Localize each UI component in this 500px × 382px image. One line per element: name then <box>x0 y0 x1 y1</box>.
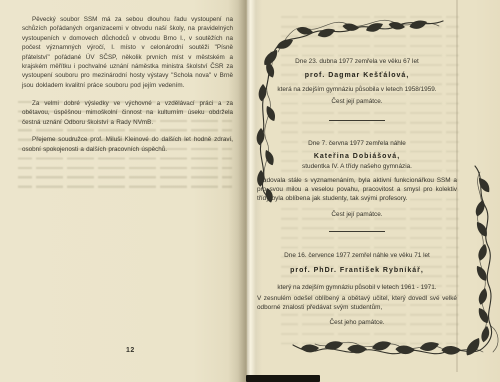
page-right: Dne 23. dubna 1977 zemřela ve věku 67 le… <box>247 0 500 382</box>
memorial-date: Dne 23. dubna 1977 zemřela ve věku 67 le… <box>257 58 457 66</box>
page-left: Pěvecký soubor SSM má za sebou dlouhou ř… <box>0 0 247 382</box>
page-number: 12 <box>126 347 135 354</box>
memorial-tribute: Čest jeho památce. <box>257 319 457 327</box>
paragraph: Pěvecký soubor SSM má za sebou dlouhou ř… <box>22 15 233 90</box>
paragraph: Přejeme soudružce prof. Miluši Kleinové … <box>22 135 233 154</box>
scan-artifact-bar <box>246 375 320 382</box>
memorial-tribute: Čest její památce. <box>257 98 457 106</box>
left-text-block: Pěvecký soubor SSM má za sebou dlouhou ř… <box>22 15 233 163</box>
memorial-detail: která na zdejším gymnáziu působila v let… <box>257 86 457 94</box>
memorial-name: prof. PhDr. František Rybníkář, <box>257 267 457 275</box>
memorial-name: prof. Dagmar Kešťálová, <box>257 72 457 80</box>
section-divider <box>329 120 385 121</box>
paragraph: Za velmi dobré výsledky ve výchovné a vz… <box>22 99 233 127</box>
memorial-date: Dne 7. června 1977 zemřela náhle <box>257 140 457 148</box>
memorial-entry-1: Dne 23. dubna 1977 zemřela ve věku 67 le… <box>257 58 457 106</box>
book-scan: Pěvecký soubor SSM má za sebou dlouhou ř… <box>0 0 500 382</box>
memorial-paragraph: Studovala stále s vyznamenáním, byla akt… <box>257 176 457 203</box>
memorial-entry-3: Dne 16. července 1977 zemřel náhle ve vě… <box>257 252 457 327</box>
section-divider <box>329 231 385 232</box>
memorial-paragraph: V zesnulém odešel oblíbený a obětavý uči… <box>257 294 457 312</box>
memorial-detail: který na zdejším gymnáziu působil v lete… <box>257 284 457 292</box>
memorial-detail: studentka IV. A třídy našeho gymnázia. <box>257 163 457 171</box>
memorial-entry-2: Dne 7. června 1977 zemřela náhle Kateřin… <box>257 140 457 219</box>
memorial-date: Dne 16. července 1977 zemřel náhle ve vě… <box>257 252 457 260</box>
memorial-tribute: Čest její památce. <box>257 211 457 219</box>
memorial-name: Kateřina Dobiášová, <box>257 153 457 161</box>
